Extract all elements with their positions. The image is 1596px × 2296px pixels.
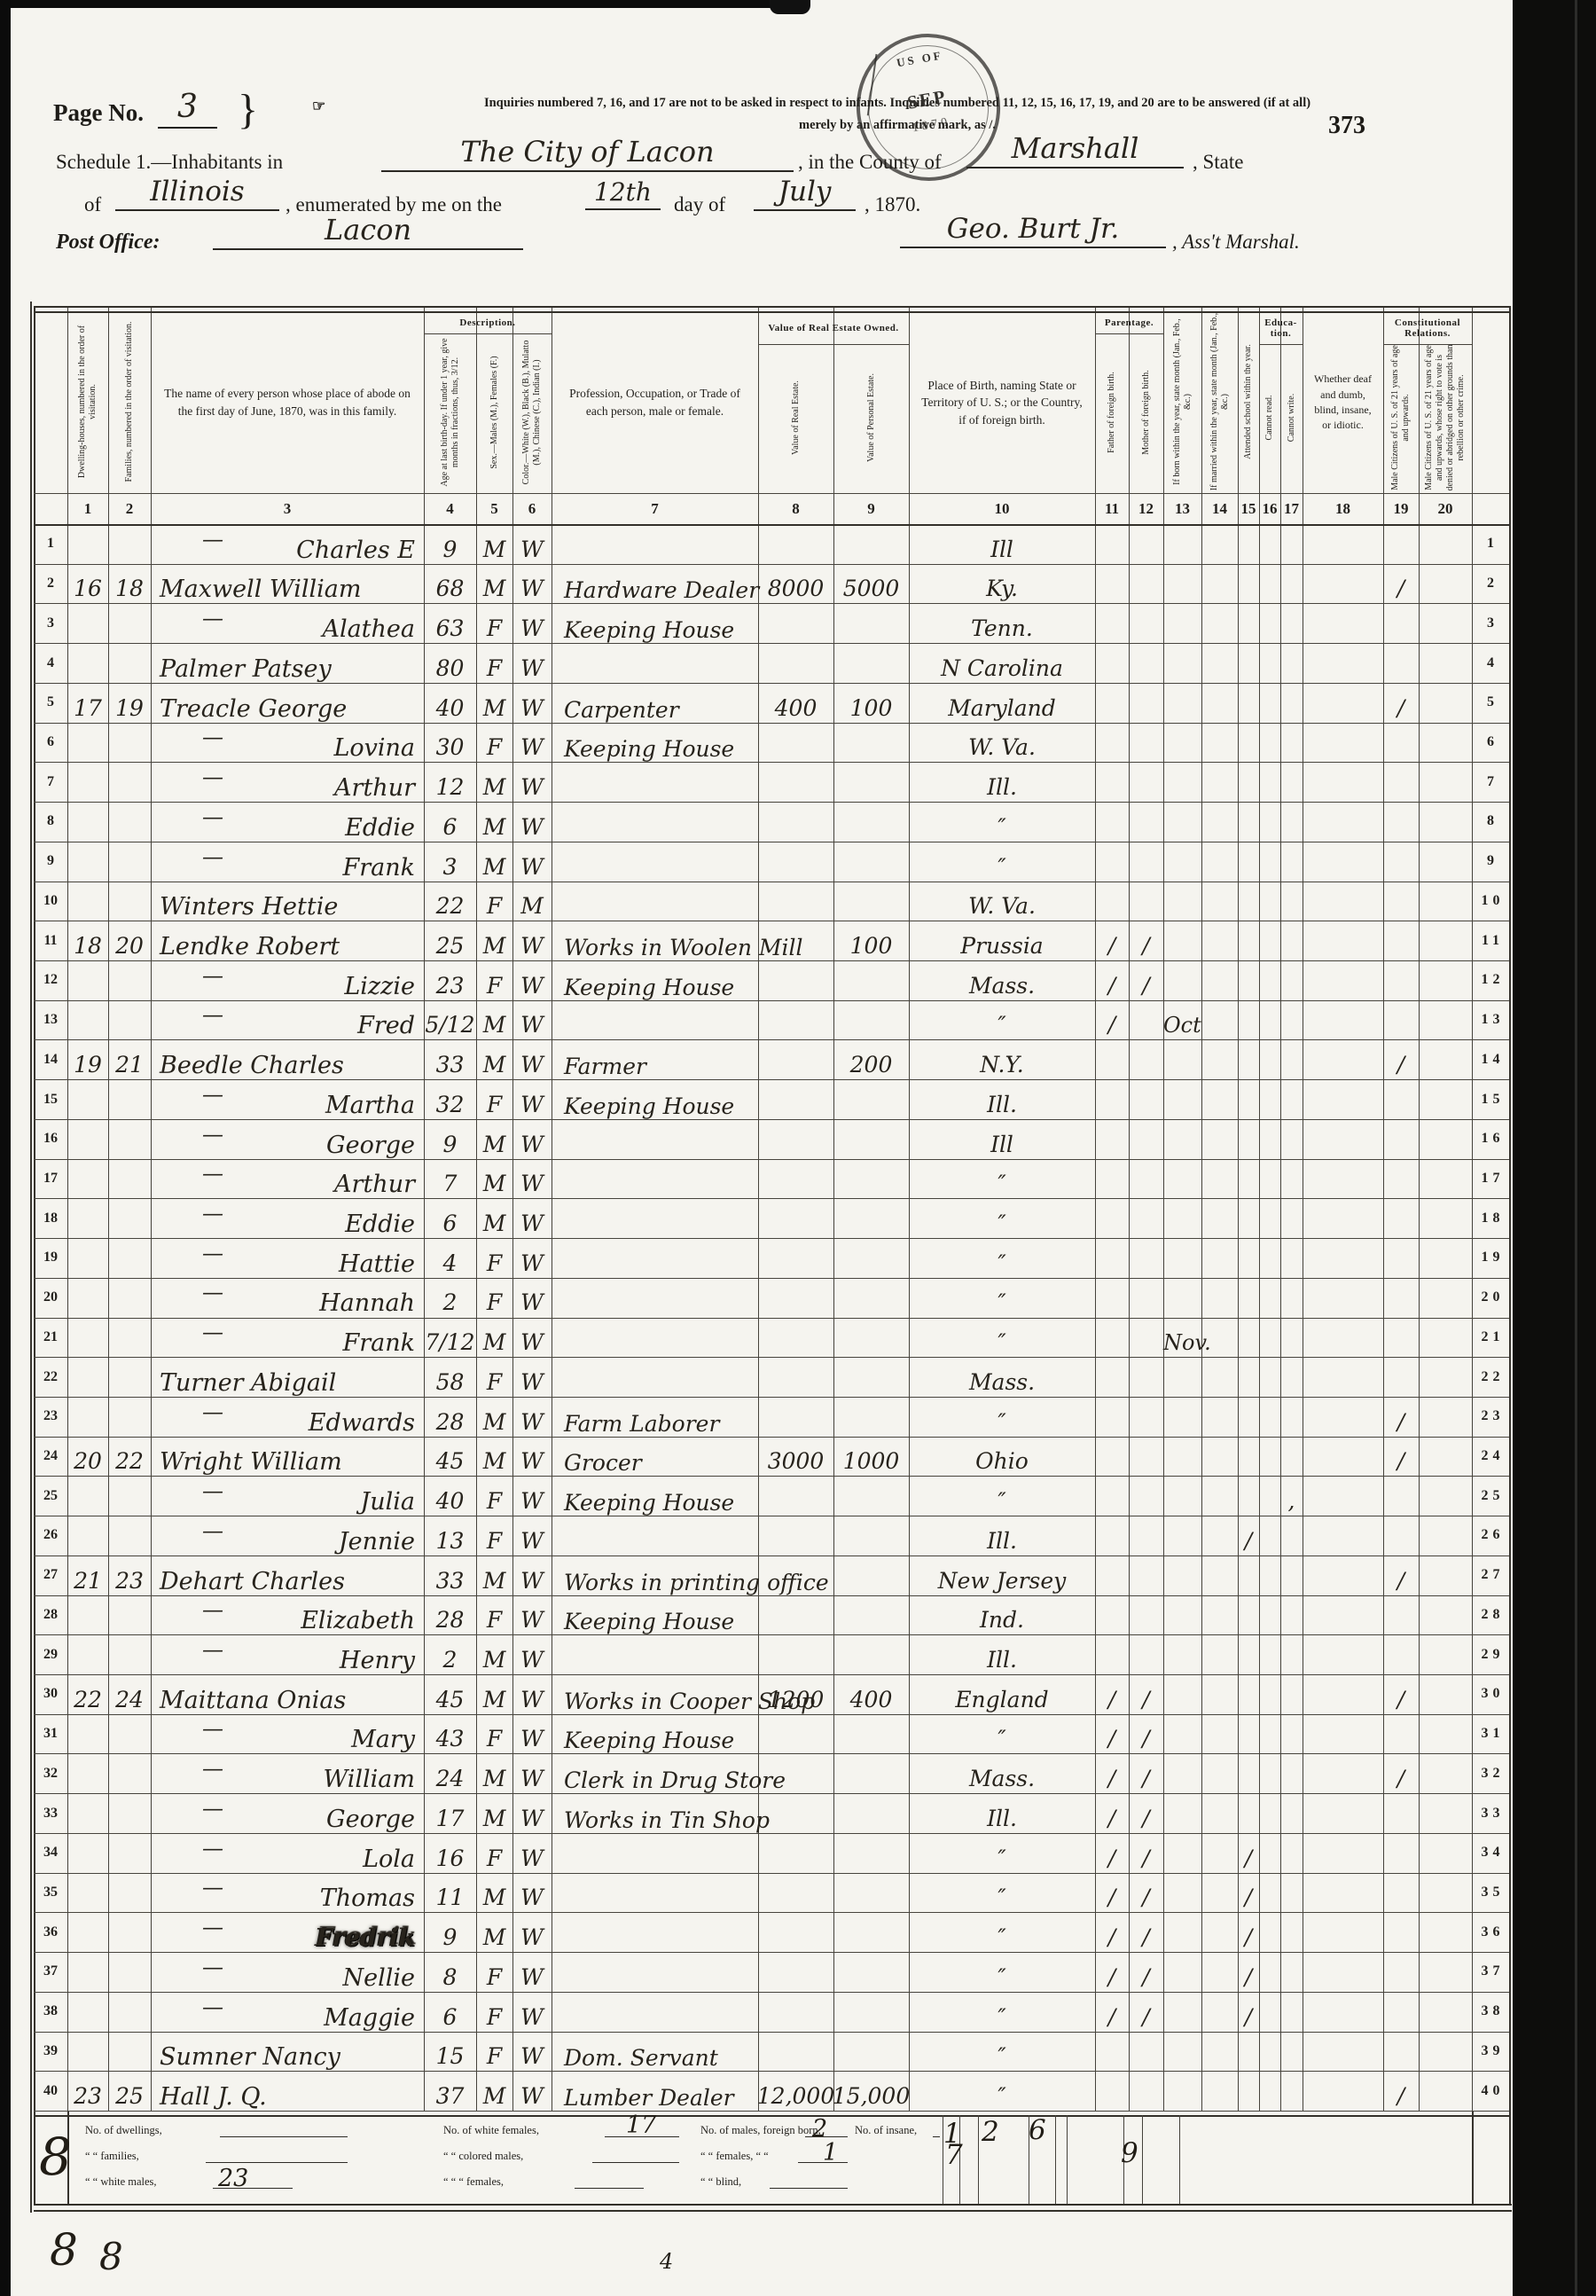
state-value: Illinois [115, 176, 279, 211]
mark-col12: / [1129, 921, 1163, 960]
ditto-dash: — [202, 1161, 223, 1186]
person-name: —Nellie [151, 1952, 424, 1992]
place-of-birth: ″ [909, 802, 1095, 842]
sex-value-text: M [483, 538, 506, 564]
row-number-right: 13 [1472, 1000, 1509, 1040]
schedule-prefix: Schedule 1.—Inhabitants in [56, 151, 283, 174]
color-value: W [512, 762, 552, 802]
place-of-birth-text: N Carolina [941, 657, 1063, 683]
place-of-birth-text: Mass. [969, 1371, 1035, 1397]
mark-col19: / [1383, 2071, 1419, 2111]
place-of-birth: Mass. [909, 1357, 1095, 1397]
column-number-9: 9 [833, 493, 909, 524]
footer-label: No. of males, foreign born, [700, 2124, 821, 2137]
family-number-text: 25 [115, 2085, 144, 2111]
ditto-dash: — [202, 1241, 223, 1266]
sex-value: M [476, 1039, 512, 1079]
mark-col15-text: / [1245, 1530, 1252, 1555]
age-value: 40 [424, 1476, 476, 1516]
row-number-right: 40 [1472, 2071, 1509, 2111]
month-value: July [754, 176, 856, 211]
given-name: William [323, 1767, 415, 1791]
age-value-text: 80 [436, 657, 465, 683]
color-value: W [512, 1595, 552, 1635]
color-value-text: W [520, 935, 544, 960]
row-number-left: 35 [34, 1873, 67, 1913]
sex-value-text: M [483, 1331, 506, 1357]
sex-value-text: F [487, 657, 502, 683]
age-value: 7 [424, 1159, 476, 1199]
color-value-text: W [520, 2045, 544, 2071]
color-value: W [512, 1674, 552, 1714]
person-name: —Henry [151, 1634, 424, 1674]
column-number-1: 1 [67, 493, 108, 524]
row-number-left: 1 [34, 524, 67, 564]
color-value-text: W [520, 1291, 544, 1317]
real-estate-value-text: 3000 [768, 1450, 825, 1476]
dwelling-number-text: 17 [74, 697, 102, 723]
color-value: W [512, 1278, 552, 1318]
row-number-right: 34 [1472, 1833, 1509, 1873]
occupation-text: Works in Tin Shop [564, 1809, 770, 1831]
sex-value-text: F [487, 2006, 502, 2032]
place-of-birth-text: ″ [997, 1172, 1005, 1198]
sex-value: F [476, 723, 512, 763]
place-of-birth: Ill. [909, 1079, 1095, 1119]
age-value: 7/12 [424, 1318, 476, 1358]
marshal-signature: Geo. Burt Jr. [900, 213, 1166, 248]
place-of-birth-text: ″ [997, 1291, 1005, 1317]
ditto-dash: — [202, 963, 223, 988]
sex-value-text: M [483, 1054, 506, 1079]
color-value-text: W [520, 1728, 544, 1753]
footer-blank-line [770, 2188, 848, 2189]
mark-col12-text: / [1142, 1767, 1149, 1793]
place-of-birth-text: ″ [997, 1331, 1005, 1357]
color-value: W [512, 1793, 552, 1833]
place-of-birth-text: ″ [997, 1212, 1005, 1238]
full-name: Beedle Charles [160, 1054, 344, 1077]
color-value-text: W [520, 1252, 544, 1278]
row-number-left: 34 [34, 1833, 67, 1873]
table-top-rule [34, 306, 1509, 308]
sex-value: M [476, 1397, 512, 1437]
column-number-4: 4 [424, 493, 476, 524]
mark-col11-text: / [1108, 2006, 1115, 2032]
dwelling-number-text: 16 [74, 577, 102, 603]
row-number-right: 21 [1472, 1318, 1509, 1358]
column-heading-16: Cannot read. [1260, 344, 1279, 491]
column-number-8: 8 [758, 493, 833, 524]
occupation: Carpenter [552, 683, 758, 723]
age-value: 58 [424, 1357, 476, 1397]
occupation-text: Works in printing office [564, 1571, 829, 1594]
footer-top-line [34, 2115, 1509, 2117]
row-number-left: 14 [34, 1039, 67, 1079]
row-number-left: 30 [34, 1674, 67, 1714]
given-name: Eddie [345, 816, 415, 840]
occupation-text: Keeping House [564, 738, 734, 760]
row-number-left: 23 [34, 1397, 67, 1437]
color-value: W [512, 524, 552, 564]
age-value: 28 [424, 1595, 476, 1635]
family-number-text: 18 [115, 577, 144, 603]
mark-col17-text: , [1288, 1490, 1295, 1516]
mark-col11: / [1095, 1833, 1129, 1873]
place-of-birth: ″ [909, 1992, 1095, 2032]
person-name: —Lovina [151, 723, 424, 763]
sex-value-text: F [487, 1252, 502, 1278]
age-value-text: 68 [436, 577, 465, 603]
bottom-scribble: 8 [99, 2235, 123, 2278]
row-number-left: 9 [34, 842, 67, 882]
dwelling-number-text: 19 [74, 1054, 102, 1079]
color-value-text: W [520, 975, 544, 1000]
mark-col15-text: / [1245, 1966, 1252, 1992]
column-line [1280, 306, 1281, 2111]
footer-label: “ “ “ females, [443, 2175, 504, 2189]
row-number-left: 36 [34, 1912, 67, 1952]
row-number-left: 10 [34, 882, 67, 921]
place-of-birth: ″ [909, 1000, 1095, 1040]
given-name: Julia [360, 1490, 415, 1514]
sex-value: F [476, 960, 512, 1000]
row-number-right: 24 [1472, 1437, 1509, 1477]
place-of-birth: Ill. [909, 1793, 1095, 1833]
color-value-text: W [520, 1172, 544, 1198]
ditto-dash: — [202, 527, 223, 552]
age-value: 24 [424, 1753, 476, 1793]
person-name: —Julia [151, 1476, 424, 1516]
sex-value-text: M [483, 776, 506, 802]
color-value-text: W [520, 816, 544, 842]
sex-value: F [476, 1595, 512, 1635]
person-name: —Charles E [151, 524, 424, 564]
mark-col11: / [1095, 1674, 1129, 1714]
age-value: 80 [424, 643, 476, 683]
mark-col11: / [1095, 1000, 1129, 1040]
age-value: 9 [424, 1912, 476, 1952]
mark-col11-text: / [1108, 1689, 1115, 1714]
person-name: —Alathea [151, 603, 424, 643]
column-number-3: 3 [151, 493, 424, 524]
age-value: 22 [424, 882, 476, 921]
color-value-text: W [520, 776, 544, 802]
age-value-text: 11 [436, 1886, 465, 1912]
footer-tally-value: 9 [1121, 2137, 1138, 2169]
given-name: Edwards [309, 1411, 415, 1435]
sex-value-text: M [483, 816, 506, 842]
row-number-left: 7 [34, 762, 67, 802]
age-value: 45 [424, 1437, 476, 1477]
place-of-birth: W. Va. [909, 882, 1095, 921]
person-name: —Jennie [151, 1516, 424, 1555]
ditto-dash: — [202, 606, 223, 631]
color-value: W [512, 1238, 552, 1278]
footer-left-total: 8 [39, 2127, 72, 2187]
color-value-text: W [520, 1530, 544, 1555]
bottom-rule [34, 2204, 1512, 2206]
row-number-right: 1 [1472, 524, 1509, 564]
given-name: Frank [343, 856, 416, 880]
age-value-text: 28 [436, 1411, 465, 1437]
place-of-birth-text: Mass. [969, 975, 1035, 1000]
sex-value-text: F [487, 1609, 502, 1634]
dwelling-number: 16 [67, 564, 108, 604]
age-value: 33 [424, 1555, 476, 1595]
personal-estate-value: 1000 [833, 1437, 909, 1477]
occupation: Dom. Servant [552, 2032, 758, 2072]
person-name: Maxwell William [151, 564, 424, 604]
person-name: —Hannah [151, 1278, 424, 1318]
sex-value-text: M [483, 1886, 506, 1912]
personal-estate-value: 5000 [833, 564, 909, 604]
dwelling-number-text: 20 [74, 1450, 102, 1476]
sex-value-text: M [483, 577, 506, 603]
footer-tally-line [978, 2115, 979, 2204]
family-number: 25 [108, 2071, 151, 2111]
marshal-label: , Ass't Marshal. [1172, 231, 1300, 254]
age-value-text: 7 [443, 1172, 458, 1198]
mark-col19: / [1383, 1397, 1419, 1437]
full-name: Hall J. Q. [160, 2085, 267, 2109]
mark-col12-text: / [1142, 1886, 1149, 1912]
age-value-text: 8 [443, 1966, 458, 1992]
age-value-text: 40 [436, 1490, 465, 1516]
given-name: Elizabeth [301, 1609, 415, 1633]
age-value: 12 [424, 762, 476, 802]
color-value-text: W [520, 2085, 544, 2111]
color-value-text: W [520, 1807, 544, 1833]
color-value-text: W [520, 1847, 544, 1873]
color-value: W [512, 723, 552, 763]
ditto-dash: — [202, 1122, 223, 1147]
column-heading-1: Dwelling-houses, numbered in the order o… [68, 312, 107, 491]
age-value-text: 17 [436, 1807, 465, 1833]
place-of-birth: Ill [909, 524, 1095, 564]
color-value-text: W [520, 1490, 544, 1516]
place-of-birth: Ill. [909, 1516, 1095, 1555]
color-value: W [512, 2032, 552, 2072]
color-value: W [512, 564, 552, 604]
color-value-text: W [520, 1093, 544, 1119]
dwelling-number: 19 [67, 1039, 108, 1079]
family-number-text: 21 [115, 1054, 144, 1079]
color-value-text: W [520, 1966, 544, 1992]
age-value-text: 45 [436, 1689, 465, 1714]
row-number-right: 3 [1472, 603, 1509, 643]
age-value-text: 6 [443, 816, 458, 842]
full-name: Wright William [160, 1450, 342, 1474]
sex-value-text: F [487, 1093, 502, 1119]
scan-edge-blob [770, 0, 810, 14]
occupation: Works in Tin Shop [552, 1793, 758, 1833]
person-name: —Thomas [151, 1873, 424, 1913]
occupation: Keeping House [552, 1714, 758, 1754]
occupation: Keeping House [552, 1595, 758, 1635]
family-number: 22 [108, 1437, 151, 1477]
row-number-right: 25 [1472, 1476, 1509, 1516]
row-number-left: 18 [34, 1198, 67, 1238]
age-value-text: 9 [443, 538, 458, 564]
given-name: Fred [357, 1014, 415, 1038]
person-name: Treacle George [151, 683, 424, 723]
age-value-text: 58 [436, 1371, 465, 1397]
column-heading-9: Value of Personal Estate. [834, 344, 908, 491]
occupation: Farmer [552, 1039, 758, 1079]
mark-col15: / [1238, 1992, 1259, 2032]
row-number-left: 29 [34, 1634, 67, 1674]
mark-col11: / [1095, 1952, 1129, 1992]
row-number-left: 33 [34, 1793, 67, 1833]
place-of-birth-text: ″ [997, 1728, 1005, 1753]
age-value-text: 5/12 [425, 1014, 474, 1039]
mark-col12-text: / [1142, 1847, 1149, 1873]
person-name: —Elizabeth [151, 1595, 424, 1635]
color-value: W [512, 1833, 552, 1873]
row-number-left: 17 [34, 1159, 67, 1199]
place-of-birth: ″ [909, 842, 1095, 882]
sex-value-text: F [487, 1530, 502, 1555]
sex-value-text: M [483, 2085, 506, 2111]
scan-edge-right [1513, 0, 1596, 2296]
footer-label: No. of insane, [855, 2124, 917, 2137]
mark-col19: / [1383, 1674, 1419, 1714]
color-value-text: W [520, 1014, 544, 1039]
mark-col12-text: / [1142, 1926, 1149, 1952]
color-value: W [512, 1952, 552, 1992]
color-value: W [512, 1000, 552, 1040]
mark-col19: / [1383, 1437, 1419, 1477]
occupation-text: Keeping House [564, 619, 734, 641]
ditto-dash: — [202, 1082, 223, 1107]
place-of-birth-text: Prussia [960, 935, 1043, 960]
place-of-birth-text: England [955, 1689, 1048, 1714]
place-of-birth-text: ″ [997, 1252, 1005, 1278]
post-office-label: Post Office: [56, 231, 160, 255]
post-office-value: Lacon [213, 213, 523, 250]
given-name: Henry [340, 1649, 415, 1673]
given-name: Eddie [345, 1212, 415, 1236]
brace-glyph: } [238, 85, 258, 134]
sex-value: M [476, 1119, 512, 1159]
dwelling-number: 21 [67, 1555, 108, 1595]
real-estate-value: 1200 [758, 1674, 833, 1714]
mark-col12-text: / [1142, 935, 1149, 960]
place-of-birth: ″ [909, 1198, 1095, 1238]
age-value-text: 16 [436, 1847, 465, 1873]
mark-col11: / [1095, 921, 1129, 960]
family-number-text: 19 [115, 697, 144, 723]
real-estate-value-text: 1200 [768, 1689, 825, 1714]
person-name: —Hattie [151, 1238, 424, 1278]
column-heading-14: If married within the year, state month … [1202, 312, 1237, 491]
sex-value-text: M [483, 1926, 506, 1952]
occupation-text: Lumber Dealer [564, 2087, 734, 2109]
place-of-birth: ″ [909, 1397, 1095, 1437]
place-of-birth: ″ [909, 1833, 1095, 1873]
row-number-right: 37 [1472, 1952, 1509, 1992]
ditto-dash: — [202, 1280, 223, 1305]
mark-col11: / [1095, 960, 1129, 1000]
occupation-text: Keeping House [564, 1729, 734, 1751]
color-value: M [512, 882, 552, 921]
row-number-left: 19 [34, 1238, 67, 1278]
age-value-text: 9 [443, 1926, 458, 1952]
given-name: Lovina [333, 736, 415, 760]
ditto-dash: — [202, 1716, 223, 1741]
column-heading-6: Color.—White (W.), Black (B.), Mulatto (… [513, 333, 551, 491]
place-of-birth: Mass. [909, 960, 1095, 1000]
sex-value: F [476, 1952, 512, 1992]
color-value-text: W [520, 1054, 544, 1079]
column-heading-17: Cannot write. [1281, 344, 1302, 491]
age-value: 45 [424, 1674, 476, 1714]
place-of-birth-text: Maryland [948, 697, 1056, 723]
occupation: Hardware Dealer [552, 564, 758, 604]
footer-label: “ “ blind, [700, 2175, 741, 2189]
column-line [1201, 306, 1202, 2111]
color-value: W [512, 1119, 552, 1159]
color-value-text: W [520, 1926, 544, 1952]
occupation: Keeping House [552, 1476, 758, 1516]
full-name: Winters Hettie [160, 895, 338, 919]
sex-value-text: F [487, 1291, 502, 1317]
footer-tally-value: 2 [982, 2116, 999, 2148]
age-value: 16 [424, 1833, 476, 1873]
mark-col19-text: / [1397, 1054, 1404, 1079]
age-value: 25 [424, 921, 476, 960]
color-value: W [512, 802, 552, 842]
sex-value: M [476, 1753, 512, 1793]
personal-estate-value-text: 100 [850, 935, 893, 960]
column-heading-4: Age at last birth-day. If under 1 year, … [425, 333, 475, 491]
bottom-scribble: 8 [50, 2224, 78, 2276]
footer-label: No. of white females, [443, 2124, 539, 2137]
sex-value: M [476, 564, 512, 604]
occupation: Clerk in Drug Store [552, 1753, 758, 1793]
mark-col11-text: / [1108, 1966, 1115, 1992]
mark-col19-text: / [1397, 1689, 1404, 1714]
sex-value: M [476, 842, 512, 882]
mark-col15: / [1238, 1952, 1259, 1992]
occupation-text: Works in Woolen Mill [564, 936, 803, 959]
ditto-dash: — [202, 1796, 223, 1821]
person-name: Turner Abigail [151, 1357, 424, 1397]
age-value-text: 12 [436, 776, 465, 802]
column-line [1259, 306, 1260, 2111]
real-estate-value: 400 [758, 683, 833, 723]
sex-value-text: M [483, 1649, 506, 1674]
family-number: 19 [108, 683, 151, 723]
footer-blank-line [933, 2136, 940, 2137]
row-number-right: 2 [1472, 564, 1509, 604]
column-number-17: 17 [1280, 493, 1303, 524]
place-of-birth-text: ″ [997, 1926, 1005, 1952]
age-value-text: 3 [443, 856, 458, 882]
person-name: —William [151, 1753, 424, 1793]
mark-col12: / [1129, 960, 1163, 1000]
footer-label: “ “ females, “ “ [700, 2150, 769, 2163]
sex-value: M [476, 1912, 512, 1952]
footer-blank-line [575, 2188, 644, 2189]
column-number-12: 12 [1129, 493, 1163, 524]
mark-col19-text: / [1397, 1411, 1404, 1437]
footer-tally-line [1179, 2115, 1180, 2204]
age-value: 2 [424, 1278, 476, 1318]
sex-value: F [476, 1238, 512, 1278]
ditto-dash: — [202, 764, 223, 789]
